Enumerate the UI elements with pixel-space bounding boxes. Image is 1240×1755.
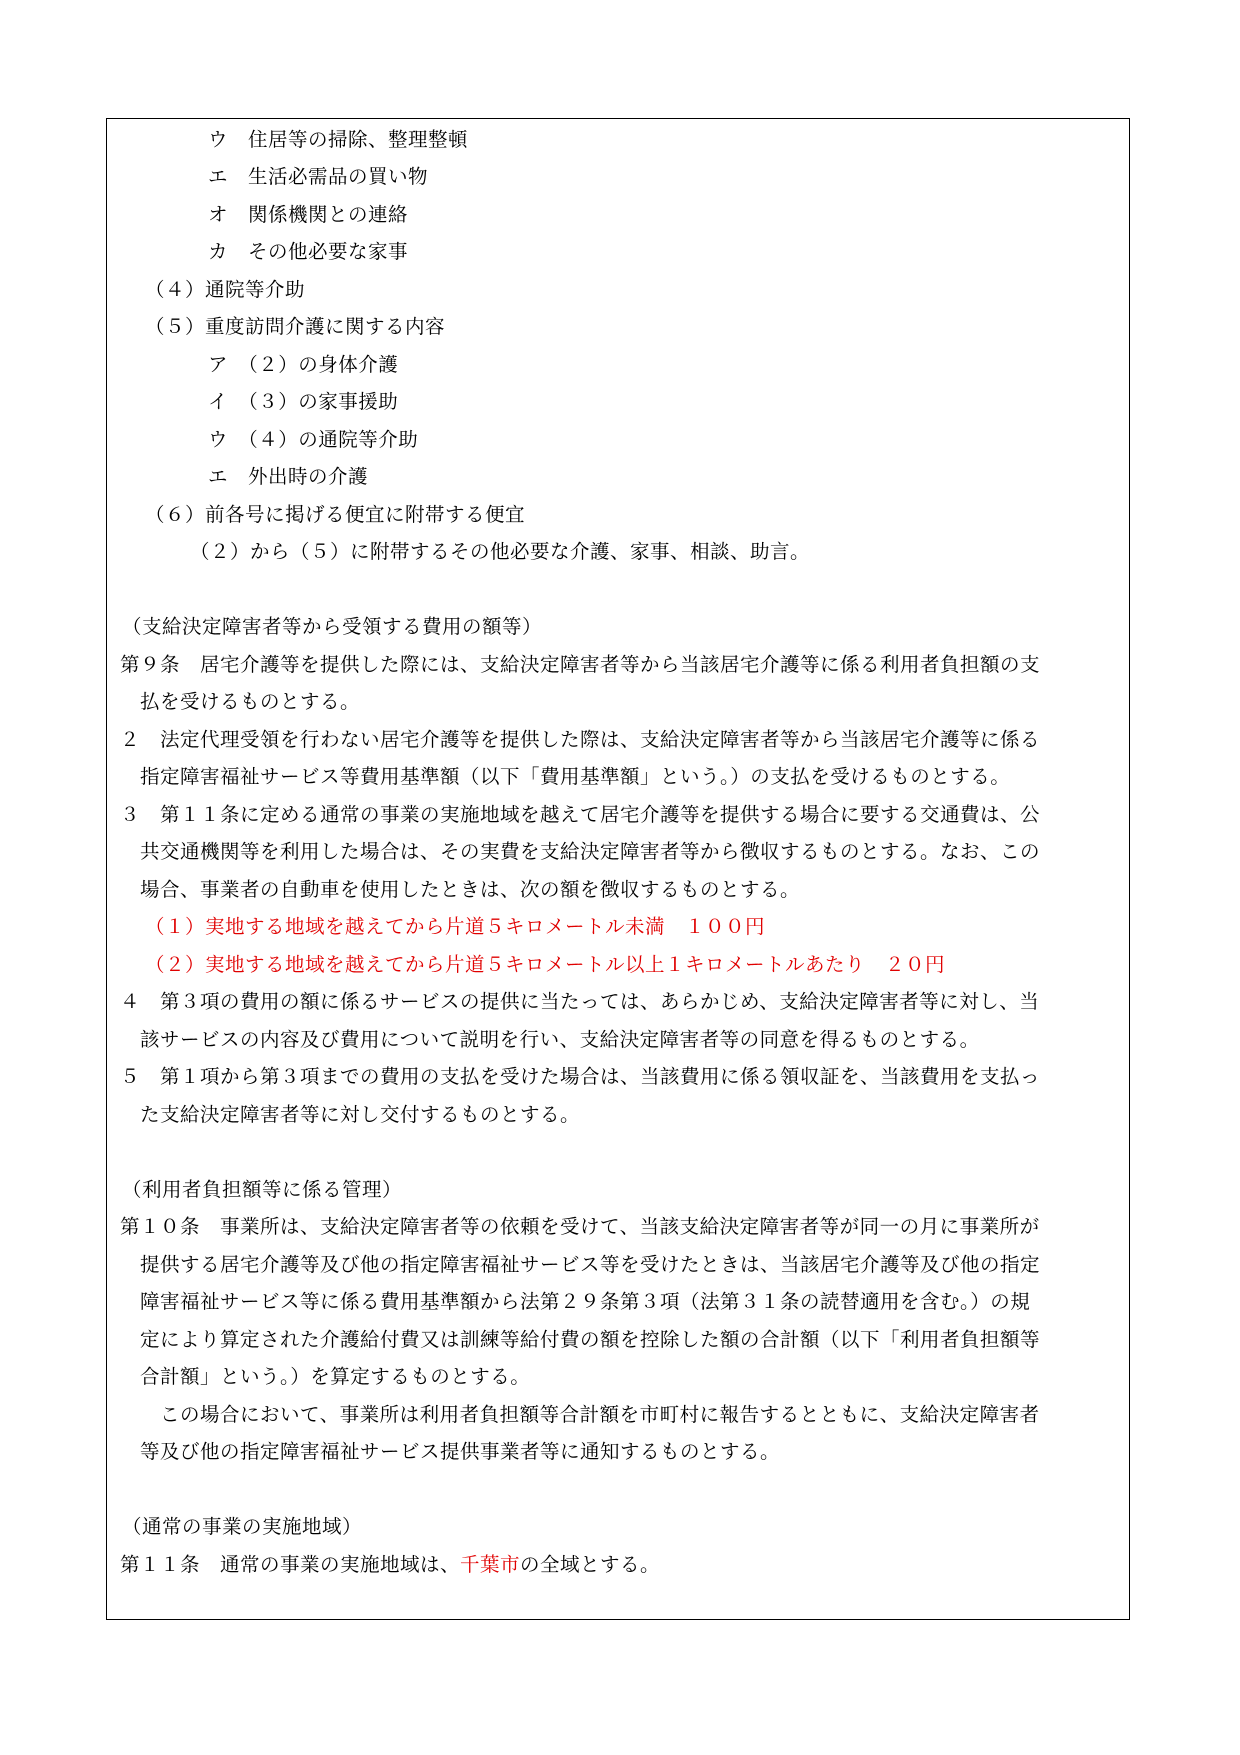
document-line: 提供する居宅介護等及び他の指定障害福祉サービス等を受けたときは、当該居宅介護等及… <box>140 1253 1040 1277</box>
document-line: 指定障害福祉サービス等費用基準額（以下「費用基準額」という。）の支払を受けるもの… <box>140 765 1010 789</box>
article-11-line: 第１１条 通常の事業の実施地域は、千葉市の全域とする。 <box>120 1553 660 1577</box>
document-line: 合計額」という。）を算定するものとする。 <box>140 1365 530 1389</box>
document-line: 等及び他の指定障害福祉サービス提供事業者等に通知するものとする。 <box>140 1440 780 1464</box>
document-line: （６）前各号に掲げる便宜に附帯する便宜 <box>145 503 525 527</box>
article-11-suffix: の全域とする。 <box>520 1553 660 1576</box>
document-line: カ その他必要な家事 <box>208 240 408 264</box>
document-line: ウ （４）の通院等介助 <box>208 428 418 452</box>
document-line: 定により算定された介護給付費又は訓練等給付費の額を控除した額の合計額（以下「利用… <box>140 1328 1040 1352</box>
service-area-city: 千葉市 <box>460 1553 520 1576</box>
document-line: （２）実地する地域を越えてから片道５キロメートル以上１キロメートルあたり ２０円 <box>145 953 945 977</box>
document-line: （通常の事業の実施地域） <box>122 1515 362 1539</box>
document-line: オ 関係機関との連絡 <box>208 203 408 227</box>
document-line: エ 生活必需品の買い物 <box>208 165 428 189</box>
document-line: 第９条 居宅介護等を提供した際には、支給決定障害者等から当該居宅介護等に係る利用… <box>120 653 1040 677</box>
document-line: （４）通院等介助 <box>145 278 305 302</box>
document-line: 払を受けるものとする。 <box>140 690 360 714</box>
document-line: 該サービスの内容及び費用について説明を行い、支給決定障害者等の同意を得るものとす… <box>140 1028 980 1052</box>
document-line: （２）から（５）に附帯するその他必要な介護、家事、相談、助言。 <box>190 540 810 564</box>
document-line: （利用者負担額等に係る管理） <box>122 1178 402 1202</box>
document-line: 障害福祉サービス等に係る費用基準額から法第２９条第３項（法第３１条の読替適用を含… <box>140 1290 1030 1314</box>
document-line: た支給決定障害者等に対し交付するものとする。 <box>140 1103 580 1127</box>
document-line: 第１０条 事業所は、支給決定障害者等の依頼を受けて、当該支給決定障害者等が同一の… <box>120 1215 1040 1239</box>
document-line: （１）実地する地域を越えてから片道５キロメートル未満 １００円 <box>145 915 765 939</box>
document-line: ５ 第１項から第３項までの費用の支払を受けた場合は、当該費用に係る領収証を、当該… <box>120 1065 1040 1089</box>
document-line: ３ 第１１条に定める通常の事業の実施地域を越えて居宅介護等を提供する場合に要する… <box>120 803 1040 827</box>
document-line: （５）重度訪問介護に関する内容 <box>145 315 445 339</box>
document-line: ア （２）の身体介護 <box>208 353 398 377</box>
document-line: （支給決定障害者等から受領する費用の額等） <box>122 615 542 639</box>
document-line: ２ 法定代理受領を行わない居宅介護等を提供した際は、支給決定障害者等から当該居宅… <box>120 728 1040 752</box>
document-line: エ 外出時の介護 <box>208 465 368 489</box>
document-line: 場合、事業者の自動車を使用したときは、次の額を徴収するものとする。 <box>140 878 800 902</box>
document-line: この場合において、事業所は利用者負担額等合計額を市町村に報告するとともに、支給決… <box>140 1403 1040 1427</box>
article-11-prefix: 第１１条 通常の事業の実施地域は、 <box>120 1553 460 1576</box>
document-line: 共交通機関等を利用した場合は、その実費を支給決定障害者等から徴収するものとする。… <box>140 840 1040 864</box>
document-line: イ （３）の家事援助 <box>208 390 398 414</box>
document-frame <box>106 118 1130 1620</box>
document-line: ４ 第３項の費用の額に係るサービスの提供に当たっては、あらかじめ、支給決定障害者… <box>120 990 1039 1014</box>
document-line: ウ 住居等の掃除、整理整頓 <box>208 128 468 152</box>
